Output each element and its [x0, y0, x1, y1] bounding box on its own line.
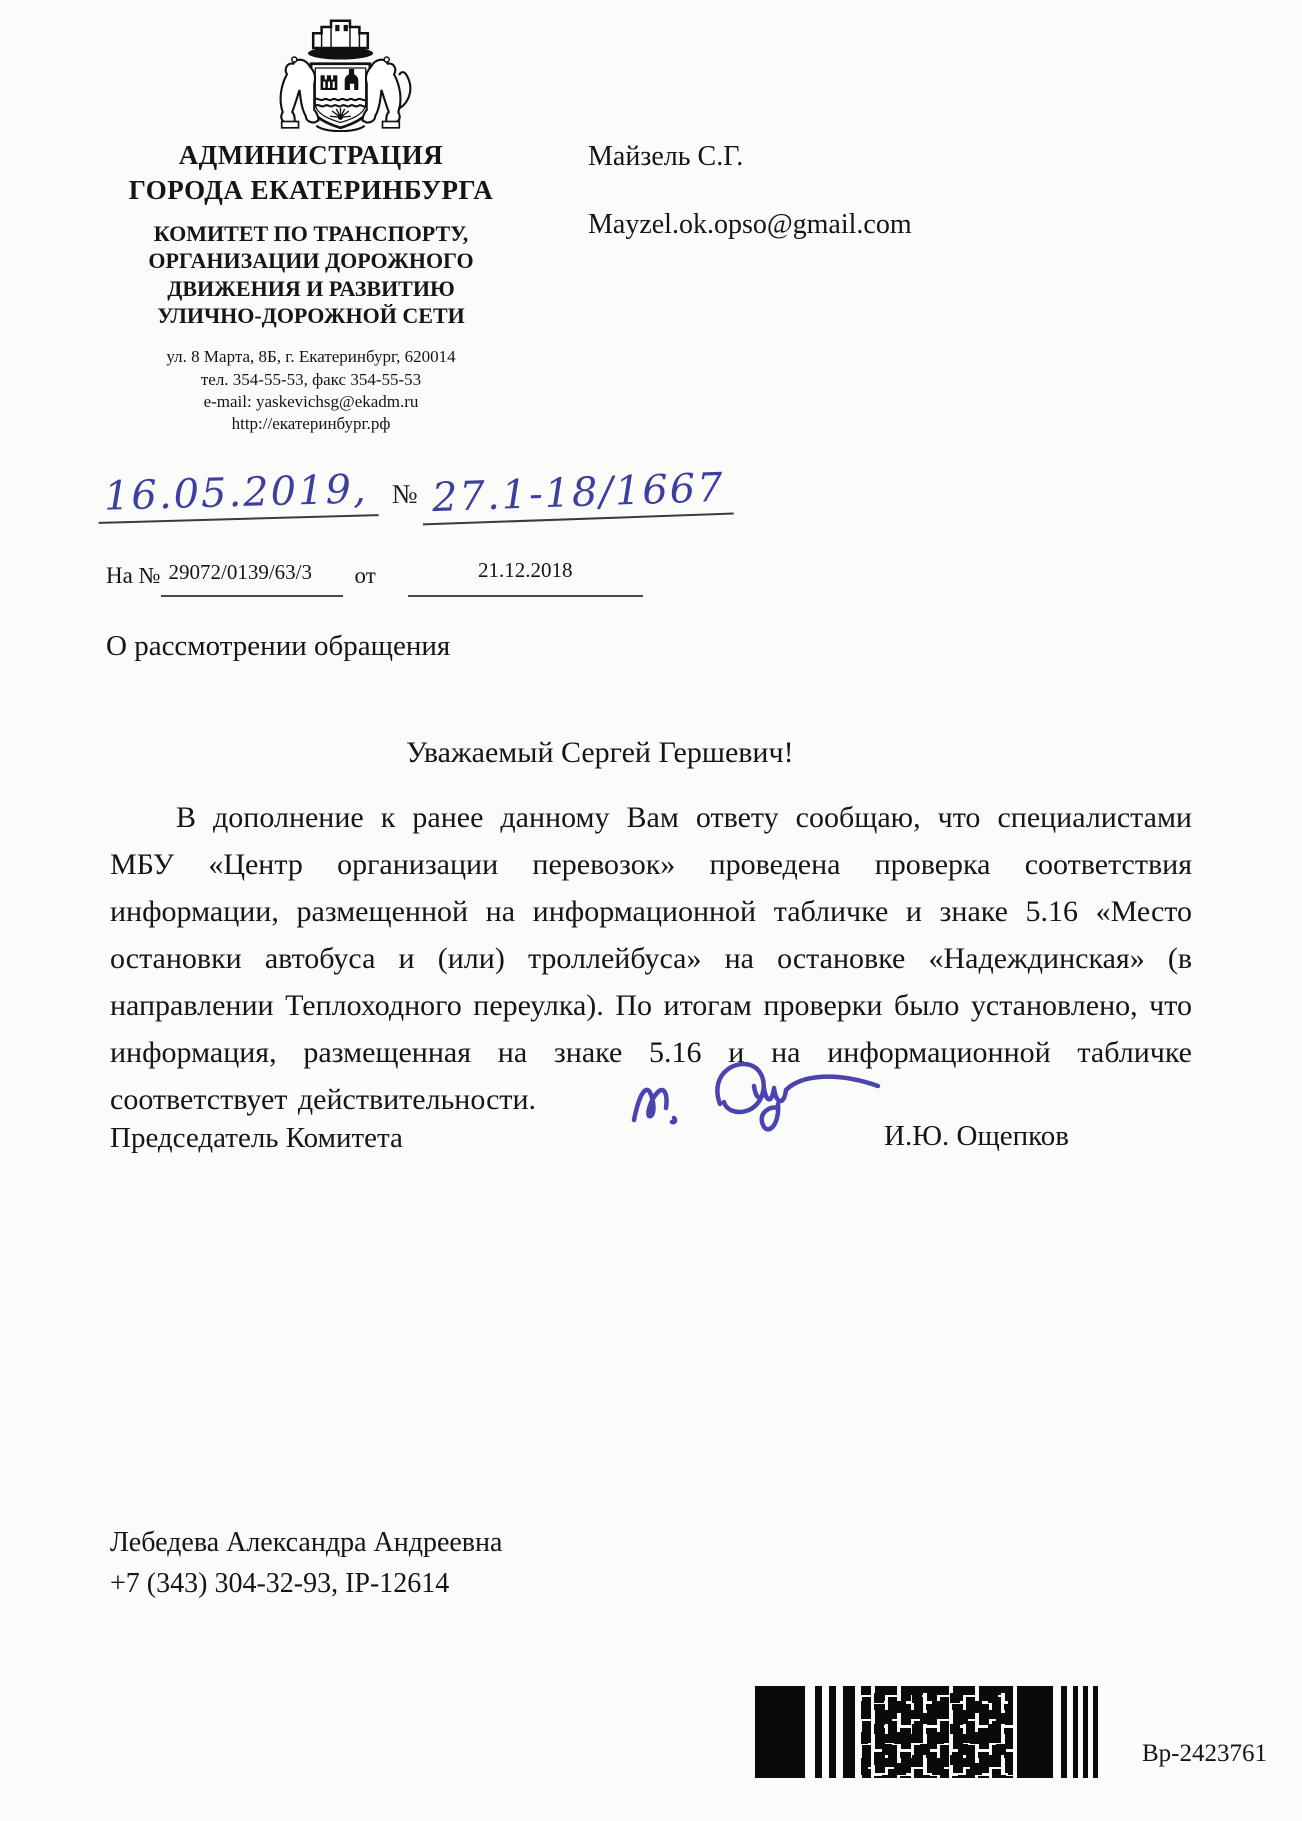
letterhead-email: e-mail: yaskevichsg@ekadm.ru — [86, 391, 536, 413]
department-name: КОМИТЕТ ПО ТРАНСПОРТУ, ОРГАНИЗАЦИИ ДОРОЖ… — [86, 220, 536, 329]
reply-to-label: На № — [106, 563, 161, 597]
recipient-email: Mayzel.ok.opso@gmail.com — [588, 209, 912, 241]
outgoing-number-handwritten: 27.1-18/1667 — [421, 465, 733, 526]
incoming-reference-line: На № 29072/0139/63/3 от 21.12.2018 — [106, 558, 643, 597]
letterhead-phone: тел. 354-55-53, факс 354-55-53 — [86, 369, 536, 391]
recipient-block: Майзель С.Г. Mayzel.ok.opso@gmail.com — [588, 141, 912, 241]
organization-name: АДМИНИСТРАЦИЯ ГОРОДА ЕКАТЕРИНБУРГА — [86, 138, 536, 207]
reply-to-date: 21.12.2018 — [408, 558, 643, 597]
barcode-number: Вр-2423761 — [1142, 1740, 1267, 1768]
signature-scribble-icon — [620, 1040, 890, 1155]
executor-name: Лебедева Александра Андреевна — [110, 1522, 502, 1563]
dept-line: ДВИЖЕНИЯ И РАЗВИТИЮ — [86, 275, 536, 302]
dept-line: УЛИЧНО-ДОРОЖНОЙ СЕТИ — [86, 302, 536, 329]
letterhead-contacts: ул. 8 Марта, 8Б, г. Екатеринбург, 620014… — [86, 346, 536, 436]
recipient-name: Майзель С.Г. — [588, 141, 912, 173]
signer-position: Председатель Комитета — [110, 1122, 403, 1155]
reply-from-label: от — [343, 563, 386, 597]
salutation: Уважаемый Сергей Гершевич! — [406, 736, 794, 770]
letterhead-website: http://екатеринбург.рф — [86, 413, 536, 435]
org-name-line1: АДМИНИСТРАЦИЯ — [179, 140, 444, 170]
letter-subject: О рассмотрении обращения — [106, 630, 450, 663]
number-sign: № — [392, 479, 418, 510]
scanned-letter-page: АДМИНИСТРАЦИЯ ГОРОДА ЕКАТЕРИНБУРГА КОМИТ… — [0, 0, 1302, 1821]
dept-line: ОРГАНИЗАЦИИ ДОРОЖНОГО — [86, 247, 536, 274]
signer-name: И.Ю. Ощепков — [884, 1120, 1069, 1153]
letterhead-address: ул. 8 Марта, 8Б, г. Екатеринбург, 620014 — [86, 346, 536, 368]
org-name-line2: ГОРОДА ЕКАТЕРИНБУРГА — [129, 175, 494, 205]
reply-to-number: 29072/0139/63/3 — [161, 560, 343, 597]
dept-line: КОМИТЕТ ПО ТРАНСПОРТУ, — [86, 220, 536, 247]
document-barcode-icon — [755, 1686, 1100, 1778]
outgoing-date-handwritten: 16.05.2019, — [97, 466, 378, 524]
executor-block: Лебедева Александра Андреевна +7 (343) 3… — [110, 1522, 502, 1604]
yekaterinburg-coat-of-arms-icon — [258, 6, 423, 132]
letterhead: АДМИНИСТРАЦИЯ ГОРОДА ЕКАТЕРИНБУРГА КОМИТ… — [86, 138, 536, 436]
outgoing-reference-line: 16.05.2019, № 27.1-18/1667 — [98, 470, 732, 520]
executor-phone: +7 (343) 304-32-93, IP-12614 — [110, 1563, 502, 1604]
